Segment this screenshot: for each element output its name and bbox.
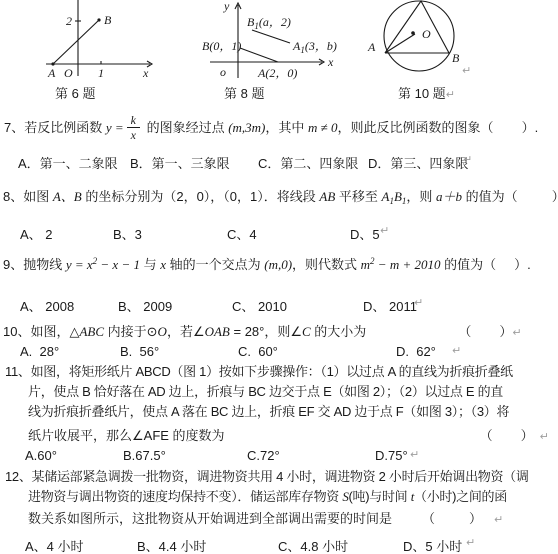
vertex-B-label: B [452,51,460,65]
question-11-options: A.60° B.67.5° C.72° D.75° ↵ [0,448,558,466]
paragraph-mark: ↵ [452,344,461,357]
figure-10-caption: 第 10 题↵ [398,83,455,102]
paragraph-mark: ↵ [410,448,419,461]
y-tick-label-2: 2 [66,14,72,28]
x-tick-label-1: 1 [98,66,104,80]
math-test-document: 2 B A O 1 x 第 6 题 y x B1(a，2) A1(3，b) B(… [0,0,558,554]
center-dot [411,31,415,35]
option-10-c: C. 60° [238,344,278,359]
center-O-label: O [422,27,431,41]
question-12-line-3: 数关系如图所示，这批物资从开始调进到全部调出需要的时间是（）↵ [28,510,503,528]
option-10-b: B. 56° [120,344,159,359]
option-11-c: C.72° [247,448,280,463]
question-7-options: A．第一、二象限 B．第一、三象限 C．第二、四象限 D．第三、四象限 ↵ [0,153,558,171]
point-B-label: B [104,13,112,27]
question-12-line-2: 进物资与调出物资的速度均保持不变）．储运部库存物资 S(吨)与时间 t（小时)之… [28,488,507,505]
segment-AB [240,48,278,62]
question-10-options: A. 28° B. 56° C. 60° D. 62° ↵ [0,344,558,362]
question-12-line-1: 12、某储运部紧急调拨一批物资，调进物资共用 4 小时，调进物资 2 小时后开始… [5,468,529,485]
option-11-a: A.60° [25,448,57,463]
circle-O [384,1,454,71]
coordinate-plot-problem-8: y x B1(a，2) A1(3，b) B(0，1) A(2，0) o [198,0,340,82]
question-9-options: A、 2008 B、 2009 C、 2010 D、 2011 ↵ [0,296,558,314]
question-12-options: A、4 小时 B、4.4 小时 C、4.8 小时 D、5 小时 ↵ [0,536,558,554]
point-B-label: B(0，1) [202,39,241,53]
paragraph-mark: ↵ [466,536,475,549]
question-8-options: A、 2 B、3 C、4 D、5 ↵ [0,224,558,242]
option-9-d: D、 2011 [363,296,417,315]
question-11-line-4: 纸片收展平，那么∠AFE 的度数为（）↵ [28,427,549,445]
origin-label: O [64,66,73,80]
option-8-a: A、 2 [20,224,53,243]
x-axis-label: x [327,55,334,69]
option-9-a: A、 2008 [20,296,74,315]
option-12-a: A、4 小时 [25,536,84,554]
circle-figure-problem-10: O A B [366,0,476,78]
option-12-d: D、5 小时 [403,536,462,554]
segment-AO [385,34,415,53]
option-7-c: C．第二、四象限 [258,153,358,172]
question-8-text: 8、如图 A、B 的坐标分别为（2，0），（0，1）．将线段 AB 平移至 A1… [3,188,558,207]
fraction-k-over-x: kx [127,114,140,141]
question-11-line-1: 11、如图，将矩形纸片 ABCD（图 1）按如下步骤操作：（1）以过点 A 的直… [5,363,513,380]
option-7-a: A．第一、二象限 [18,153,118,172]
paragraph-mark: ↵ [462,64,471,77]
paragraph-mark: ↵ [512,324,521,341]
paragraph-mark: ↵ [380,224,389,237]
question-10-text: 10、如图，△ABC 内接于⊙O，若∠OAB = 28°，则∠C 的大小为（）↵ [3,323,522,341]
option-12-b: B、4.4 小时 [137,536,206,554]
paragraph-mark: ↵ [494,511,503,528]
option-8-d: D、5 [350,224,380,243]
point-A-label: A [47,66,56,80]
point-B-dot [97,18,100,21]
line-AB [53,20,99,64]
question-7-text: 7、若反比例函数 y =kx 的图象经过点 (m,3m)，其中 m ≠ 0，则此… [4,108,538,146]
option-7-d: D．第三、四象限 [368,153,468,172]
paragraph-mark: ↵ [463,153,472,166]
option-7-b: B．第一、三象限 [130,153,230,172]
paragraph-mark: ↵ [540,428,549,445]
figure-6-caption: 第 6 题 [55,83,95,102]
figure-problem-8: y x B1(a，2) A1(3，b) B(0，1) A(2，0) o [198,0,340,87]
segment-A1B1 [252,30,290,43]
figure-8-caption: 第 8 题 [224,83,264,102]
option-12-c: C、4.8 小时 [278,536,348,554]
coordinate-plot-problem-6: 2 B A O 1 x [38,0,163,80]
paragraph-mark: ↵ [414,296,423,309]
option-8-b: B、3 [113,224,142,243]
question-9-text: 9、抛物线 y = x2 − x − 1 与 x 轴的一个交点为 (m,0)，则… [3,256,531,275]
figure-problem-6: 2 B A O 1 x [38,0,163,85]
point-A1-label: A1(3，b) [292,39,337,55]
point-B1-label: B1(a，2) [247,15,291,31]
origin-label: o [220,65,226,79]
option-8-c: C、4 [227,224,257,243]
figure-problem-10: O A B [366,0,476,83]
option-11-b: B.67.5° [123,448,166,463]
x-axis-label: x [142,66,149,80]
option-11-d: D.75° [375,448,408,463]
point-A-label: A(2，0) [257,66,297,80]
option-10-a: A. 28° [20,344,59,359]
y-axis-label: y [223,0,230,13]
question-11-line-2: 片，使点 B 恰好落在 AD 边上，折痕与 BC 边交于点 E（如图 2）；（2… [28,383,503,400]
question-11-line-3: 线为折痕折叠纸片，使点 A 落在 BC 边上，折痕 EF 交 AD 边于点 F（… [28,403,509,420]
option-9-b: B、 2009 [118,296,172,315]
paragraph-mark: ↵ [446,88,455,101]
vertex-A-label: A [367,40,376,54]
inscribed-triangle [385,1,449,53]
option-9-c: C、 2010 [232,296,287,315]
option-10-d: D. 62° [396,344,436,359]
